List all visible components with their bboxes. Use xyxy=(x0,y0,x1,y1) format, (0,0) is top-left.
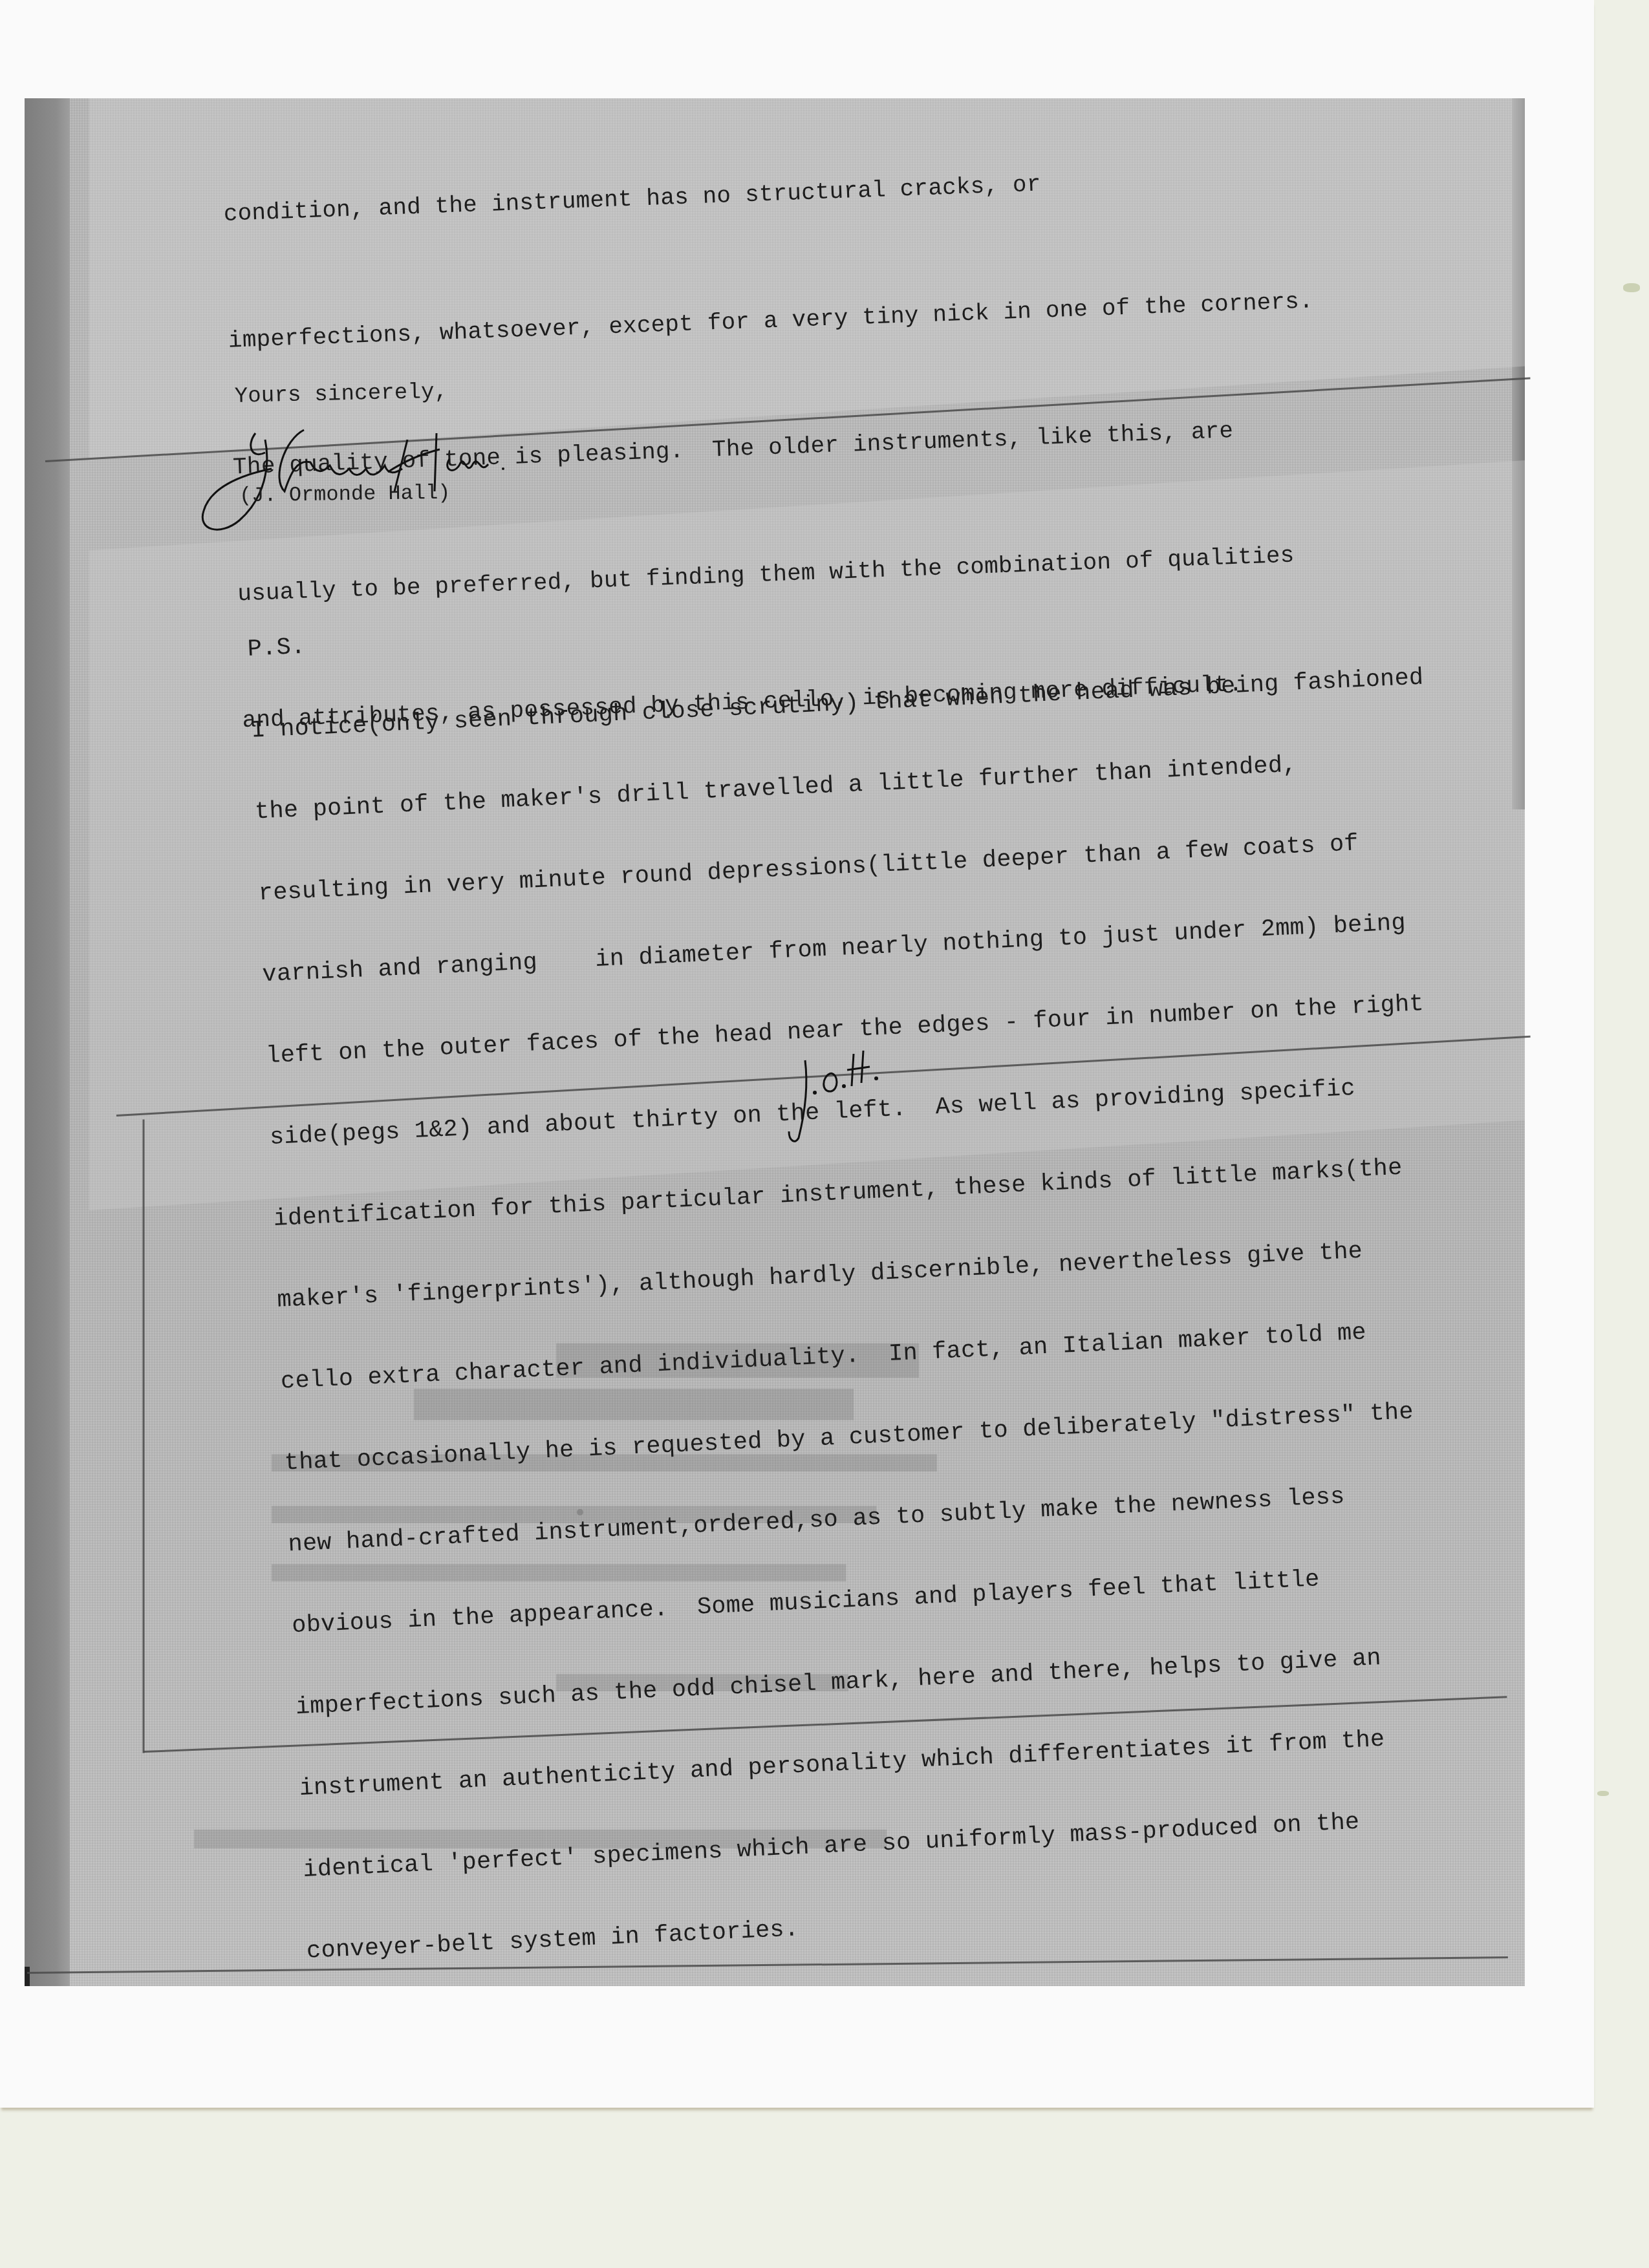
copy-edge-shadow-left xyxy=(25,98,70,1986)
scanned-page: ██████████████████ █████████████████████… xyxy=(0,0,1594,2108)
scan-debris xyxy=(1597,1791,1609,1796)
postscript-heading: P.S. xyxy=(247,583,1421,663)
postscript-line: cello extra character and individuality.… xyxy=(280,1315,1454,1395)
postscript-line: varnish and ranging in diameter from nea… xyxy=(262,908,1436,989)
postscript: P.S. I notice(only seen through close sc… xyxy=(244,529,1482,2020)
postscript-line: resulting in very minute round depressio… xyxy=(258,827,1432,907)
postscript-line: instrument an authenticity and personali… xyxy=(299,1722,1472,1803)
postscript-line: obvious in the appearance. Some musician… xyxy=(291,1559,1465,1640)
scan-debris xyxy=(1623,283,1640,292)
copy-corner-mark xyxy=(25,1967,30,1986)
postscript-line: I notice(only seen through close scrutin… xyxy=(251,664,1425,744)
postscript-line: identification for this particular instr… xyxy=(273,1153,1447,1233)
letter-closing: Yours sincerely, xyxy=(234,372,448,418)
typed-signatory-name: (J. Ormonde Hall) xyxy=(239,481,451,508)
postscript-line: maker's 'fingerprints'), although hardly… xyxy=(277,1234,1450,1314)
postscript-line: identical 'perfect' specimens which are … xyxy=(303,1804,1476,1884)
handwritten-signature xyxy=(194,414,556,543)
sheet-edge-vertical xyxy=(143,1120,145,1753)
handwritten-initials xyxy=(779,1047,921,1144)
postscript-line: the point of the maker's drill travelled… xyxy=(254,745,1428,826)
letter-line: condition, and the instrument has no str… xyxy=(223,154,1309,237)
postscript-line: imperfections such as the odd chisel mar… xyxy=(295,1641,1469,1721)
postscript-line: new hand-crafted instrument,ordered,so a… xyxy=(288,1478,1461,1558)
postscript-line: that occasionally he is requested by a c… xyxy=(284,1396,1458,1477)
postscript-line: conveyer-belt system in factories. xyxy=(306,1885,1480,1965)
letter-line: imperfections, whatsoever, except for a … xyxy=(228,281,1314,364)
